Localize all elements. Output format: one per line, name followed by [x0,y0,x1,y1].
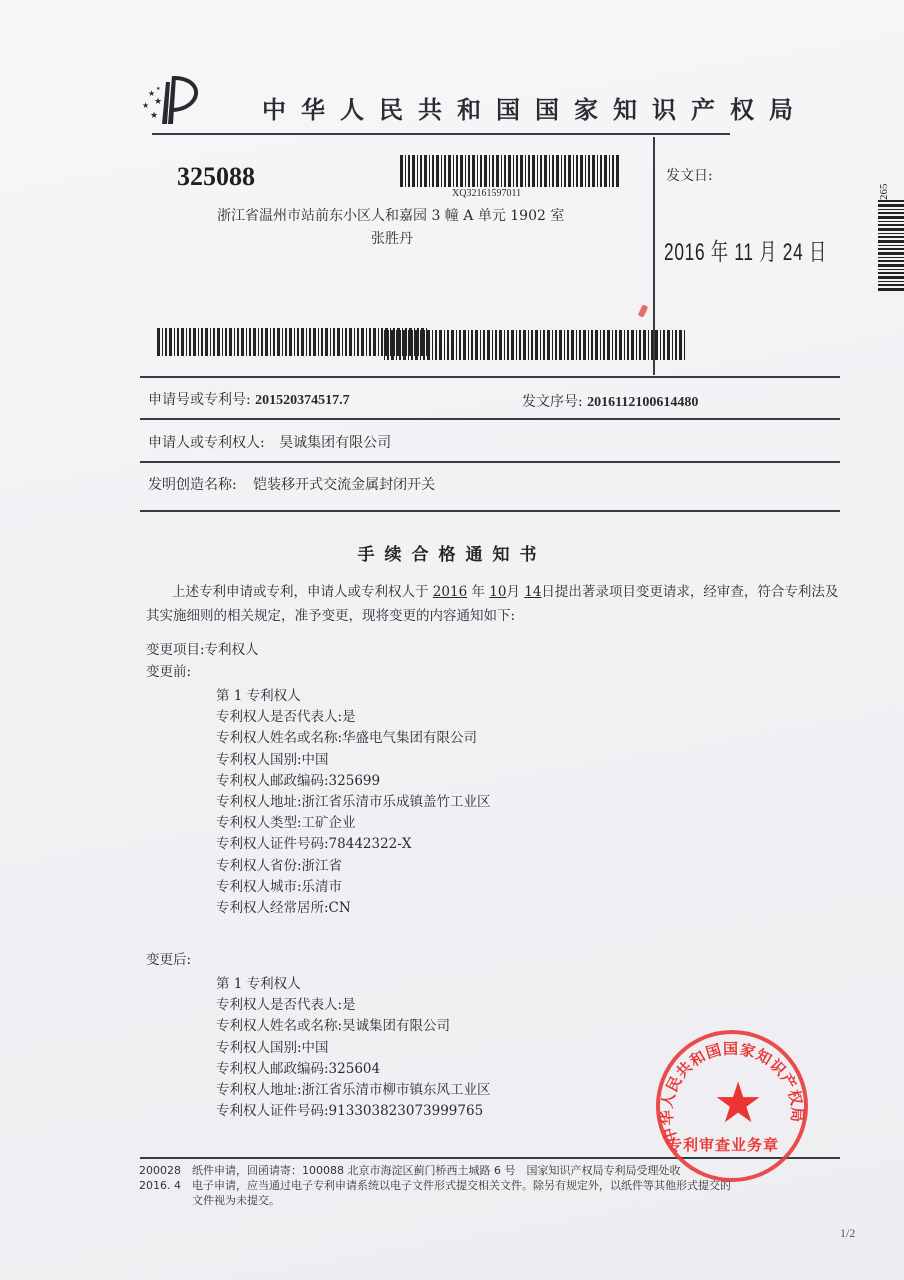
cnipa-logo-icon: ★ ★ ★ ★ ★ [140,72,210,128]
list-item: 专利权人国别:中国 [216,750,491,771]
svg-text:★: ★ [150,111,158,121]
barcode-top [400,155,621,187]
before-label: 变更前: [146,662,191,683]
footer-line-3: 文件视为未提交。 [192,1193,852,1208]
invention-title: 铠装移开式交流金属封闭开关 [253,477,435,493]
notice-title: 手续合格通知书 [0,540,904,565]
form-code-block: 200028 2016. 4 [139,1163,181,1193]
application-number-row: 申请号或专利号: 201520374517.7 [148,389,350,409]
document-page: ★ ★ ★ ★ ★ 中华人民共和国国家知识产权局 325088 XQ321615… [0,0,904,1280]
svg-text:★: ★ [156,86,161,92]
invention-row: 发明创造名称: 铠装移开式交流金属封闭开关 [148,474,435,494]
invention-label: 发明创造名称: [148,477,237,493]
issue-date-value: 2016 年 11 月 24 日 [664,232,827,267]
list-item: 专利权人证件号码:913303823073999765 [216,1101,491,1122]
list-item: 专利权人地址:浙江省乐清市乐成镇盖竹工业区 [216,792,491,813]
list-item: 专利权人国别:中国 [216,1038,491,1059]
request-day: 14 [524,584,541,600]
header-divider [152,133,730,135]
red-ink-mark [638,304,649,317]
application-number: 201520374517.7 [255,393,350,408]
postcode: 325088 [177,162,255,192]
svg-text:★: ★ [142,101,149,110]
list-item: 专利权人姓名或名称:华盛电气集团有限公司 [216,728,491,749]
issue-date-label: 发文日: [666,165,713,185]
seal-bottom-text: 专利审查业务章 [667,1134,779,1155]
after-list: 第 1 专利权人专利权人是否代表人:是专利权人姓名或名称:昊诚集团有限公司专利权… [216,974,491,1122]
list-item: 专利权人姓名或名称:昊诚集团有限公司 [216,1016,491,1037]
list-item: 专利权人证件号码:78442322-X [216,834,491,855]
change-item: 变更项目:专利权人 [146,640,259,661]
request-year: 2016 [433,584,467,600]
page-indicator: 1/2 [840,1226,855,1241]
recipient-name: 张胜丹 [371,228,413,248]
barcode-side [878,200,904,290]
list-item: 专利权人地址:浙江省乐清市柳市镇东风工业区 [216,1080,491,1101]
list-item: 专利权人经常居所:CN [216,898,491,919]
applicant-name: 昊诚集团有限公司 [279,435,391,451]
before-list: 第 1 专利权人专利权人是否代表人:是专利权人姓名或名称:华盛电气集团有限公司专… [216,686,491,919]
list-item: 专利权人是否代表人:是 [216,707,491,728]
svg-text:★: ★ [154,97,162,107]
after-label: 变更后: [146,950,191,971]
agency-name: 中华人民共和国国家知识产权局 [262,90,808,125]
notice-paragraph: 上述专利申请或专利，申请人或专利权人于 2016 年 10月 14日提出著录项目… [146,580,846,628]
list-item: 专利权人省份:浙江省 [216,856,491,877]
form-date: 2016. 4 [139,1178,181,1193]
list-item: 第 1 专利权人 [216,974,491,995]
list-item: 专利权人类型:工矿企业 [216,813,491,834]
barcode-text: XQ32161597011 [452,188,521,199]
list-item: 专利权人邮政编码:325604 [216,1059,491,1080]
seal-star-icon: ★ [713,1076,763,1132]
recipient-address: 浙江省温州市站前东小区人和嘉园 3 幢 A 单元 1902 室 [217,205,564,225]
list-item: 专利权人邮政编码:325699 [216,771,491,792]
list-item: 专利权人城市:乐清市 [216,877,491,898]
serial-number: 2016112100614480 [587,395,698,410]
serial-number-row: 发文序号: 2016112100614480 [522,391,698,411]
list-item: 第 1 专利权人 [216,686,491,707]
list-item: 专利权人是否代表人:是 [216,995,491,1016]
form-code: 200028 [139,1163,181,1178]
applicant-label: 申请人或专利权人: [148,435,265,451]
request-month: 10 [489,584,506,600]
applicant-row: 申请人或专利权人: 昊诚集团有限公司 [148,432,391,452]
barcode-right [384,330,687,360]
side-number: 265 [878,184,890,201]
application-number-label: 申请号或专利号: [148,392,251,408]
serial-number-label: 发文序号: [522,394,583,410]
